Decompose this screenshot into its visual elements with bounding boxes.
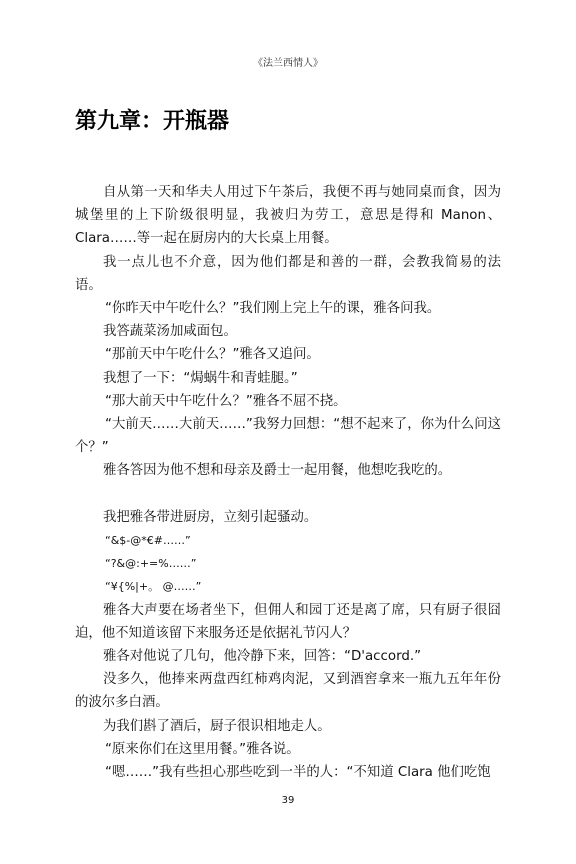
paragraph-dialogue: “那前天中午吃什么？”雅各又追问。 (75, 343, 501, 366)
paragraph: 我把雅各带进厨房，立刻引起骚动。 (75, 506, 501, 529)
paragraph: 雅各大声要在场者坐下，但佣人和园丁还是离了席，只有厨子很囧迫，他不知道该留下来服… (75, 599, 501, 645)
paragraph-dialogue: “大前天……大前天……”我努力回想：“想不起来了，你为什么问这个？” (75, 413, 501, 459)
paragraph: 雅各答因为他不想和母亲及爵士一起用餐，他想吃我吃的。 (75, 459, 501, 482)
paragraph-garbled-speech: “¥{%|+。 @……” (75, 575, 501, 598)
paragraph: 我想了一下：“焗蜗牛和青蛙腿。” (75, 367, 501, 390)
paragraph-garbled-speech: “&$-@*€#……” (75, 529, 501, 552)
paragraph-dialogue: “你昨天中午吃什么？”我们刚上完上午的课，雅各问我。 (75, 297, 501, 320)
paragraph-dialogue: “那大前天中午吃什么？”雅各不屈不挠。 (75, 390, 501, 413)
chapter-title: 第九章：开瓶器 (75, 104, 229, 135)
paragraph: 没多久，他捧来两盘西红柿鸡肉泥，又到酒窖拿来一瓶九五年年份的波尔多白酒。 (75, 668, 501, 714)
paragraph: 为我们斟了酒后，厨子很识相地走人。 (75, 715, 501, 738)
paragraph-dialogue: “原来你们在这里用餐。”雅各说。 (75, 738, 501, 761)
chapter-body: 自从第一天和华夫人用过下午茶后，我便不再与她同桌而食，因为城堡里的上下阶级很明显… (75, 181, 501, 784)
paragraph: 我答蔬菜汤加咸面包。 (75, 320, 501, 343)
paragraph-garbled-speech: “?&@:+=%……” (75, 552, 501, 575)
paragraph-spacer (75, 483, 501, 506)
paragraph-dialogue: “嗯……”我有些担心那些吃到一半的人：“不知道 Clara 他们吃饱 (75, 761, 501, 784)
paragraph: 我一点儿也不介意，因为他们都是和善的一群，会教我简易的法语。 (75, 251, 501, 297)
paragraph: 自从第一天和华夫人用过下午茶后，我便不再与她同桌而食，因为城堡里的上下阶级很明显… (75, 181, 501, 251)
running-header-book-title: 《法兰西情人》 (0, 54, 576, 69)
paragraph: 雅各对他说了几句，他冷静下来，回答：“D'accord.” (75, 645, 501, 668)
page-number: 39 (0, 795, 576, 806)
